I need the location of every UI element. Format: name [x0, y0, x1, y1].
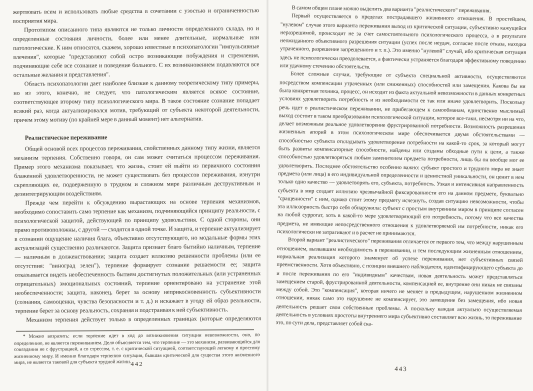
footnote-separator — [16, 329, 254, 332]
paragraph: Более сложные случаи, требующие от субъе… — [277, 70, 526, 240]
paragraph: жертвовать всем и использовать любые сре… — [13, 7, 259, 27]
paragraph: Область психопатологии дает наиболее бли… — [13, 79, 259, 126]
paragraph: Прототипом описанного типа являются не т… — [13, 25, 259, 81]
section-heading: Реалистическое переживание — [14, 132, 260, 143]
page-number-right: 443 — [278, 364, 524, 375]
page-number-left: 442 — [14, 361, 260, 368]
paragraph: Первый осуществляется в пределах пострад… — [280, 12, 527, 74]
paragraph: Второй вариант "реалистического" пережив… — [276, 236, 523, 331]
paragraph: Общей основой всех процессов переживания… — [14, 144, 260, 200]
right-page-text-block: В самом общем плане можно выделить два в… — [275, 4, 526, 360]
left-page: жертвовать всем и использовать любые сре… — [0, 0, 266, 391]
right-page: В самом общем плане можно выделить два в… — [266, 0, 533, 391]
paragraph: Механизм терпения действует только в опр… — [15, 315, 261, 325]
left-page-text-block: жертвовать всем и использовать любые сре… — [13, 7, 261, 325]
paragraph: Прежде чем перейти к обсуждению вырастаю… — [14, 198, 261, 317]
book-spread: жертвовать всем и использовать любые сре… — [0, 0, 533, 391]
